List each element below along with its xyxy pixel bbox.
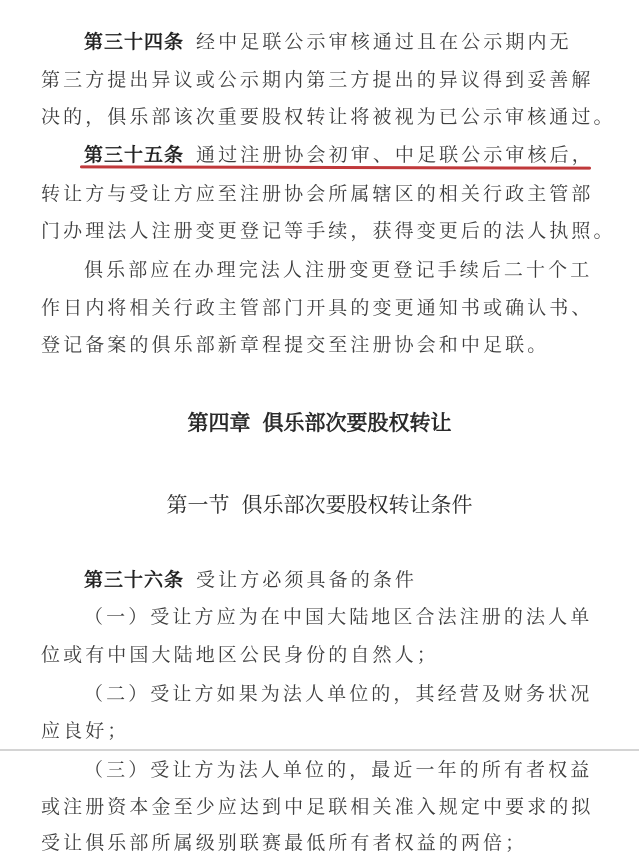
club-paragraph-line-2: 作日内将相关行政主管部门开具的变更通知书或确认书、 <box>41 296 593 320</box>
section-heading: 第一节俱乐部次要股权转让条件 <box>0 491 639 519</box>
red-highlight-underline <box>80 165 591 169</box>
article-36-item-2-line-2: 应良好； <box>41 719 593 743</box>
article-34-text: 经中足联公示审核通过且在公示期内无 <box>196 31 572 53</box>
article-34-label: 第三十四条 <box>84 31 184 53</box>
section-title: 俱乐部次要股权转让条件 <box>242 493 473 517</box>
article-36-intro: 受让方必须具备的条件 <box>196 569 417 591</box>
article-36-item-3-line-2: 或注册资本金至少应达到中足联相关准入规定中要求的拟 <box>41 795 593 819</box>
article-36-item-3-line-1: （三）受让方为法人单位的，最近一年的所有者权益 <box>84 758 594 782</box>
article-36-item-3-line-3: 受让俱乐部所属级别联赛最低所有者权益的两倍； <box>41 831 593 855</box>
article-34-line-2: 第三方提出异议或公示期内第三方提出的异议得到妥善解 <box>41 68 593 92</box>
article-35-label: 第三十五条 <box>84 144 184 166</box>
article-35-text: 通过注册协会初审、中足联公示审核后， <box>196 144 594 166</box>
chapter-number: 第四章 <box>188 410 251 435</box>
document-page: 第三十四条经中足联公示审核通过且在公示期内无 第三方提出异议或公示期内第三方提出… <box>0 0 639 855</box>
article-34-line-1: 第三十四条经中足联公示审核通过且在公示期内无 <box>84 30 594 54</box>
article-36-item-1-line-2: 位或有中国大陆地区公民身份的自然人； <box>41 643 593 667</box>
club-paragraph-line-3: 登记备案的俱乐部新章程提交至注册协会和中足联。 <box>41 333 593 357</box>
club-paragraph-line-1: 俱乐部应在办理完法人注册变更登记手续后二十个工 <box>84 258 594 282</box>
section-number: 第一节 <box>167 493 230 517</box>
article-35-line-2: 转让方与受让方应至注册协会所属辖区的相关行政主管部 <box>41 182 593 206</box>
chapter-title: 俱乐部次要股权转让 <box>263 410 452 435</box>
article-36-line-1: 第三十六条受让方必须具备的条件 <box>84 568 594 592</box>
article-34-line-3: 决的，俱乐部该次重要股权转让将被视为已公示审核通过。 <box>41 105 593 129</box>
article-36-item-2-line-1: （二）受让方如果为法人单位的，其经营及财务状况 <box>84 682 594 706</box>
article-36-item-1-line-1: （一）受让方应为在中国大陆地区合法注册的法人单 <box>84 605 594 629</box>
article-36-label: 第三十六条 <box>84 569 184 591</box>
article-35-line-1: 第三十五条通过注册协会初审、中足联公示审核后， <box>84 143 594 167</box>
article-35-line-3: 门办理法人注册变更登记等手续，获得变更后的法人执照。 <box>41 219 593 243</box>
chapter-heading: 第四章俱乐部次要股权转让 <box>0 409 639 437</box>
page-divider <box>0 749 639 751</box>
